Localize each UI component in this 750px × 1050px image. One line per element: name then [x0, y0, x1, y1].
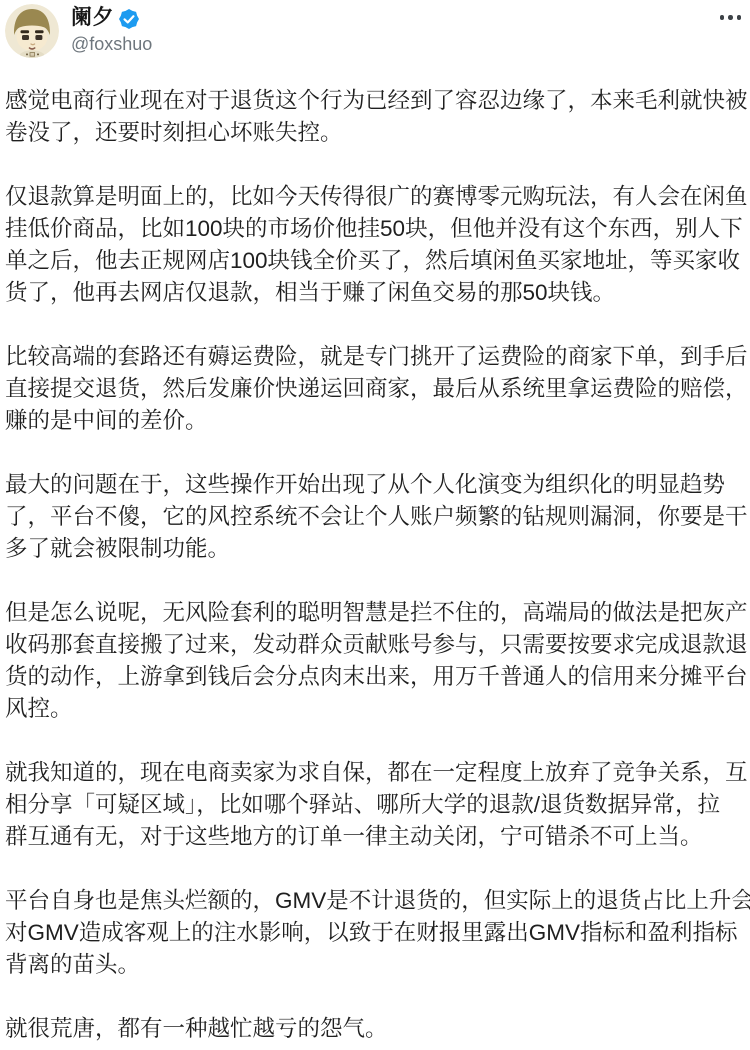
- more-options-button[interactable]: [718, 13, 744, 22]
- text-line: 卷没了，还要时刻担心坏账失控。: [5, 117, 748, 149]
- text-line: 风控。: [5, 693, 748, 725]
- text-line: 货了，他再去网店仅退款，相当于赚了闲鱼交易的那50块钱。: [5, 277, 748, 309]
- ellipsis-dot: [720, 15, 725, 20]
- verified-icon: [119, 9, 139, 29]
- text-line: 就我知道的，现在电商卖家为求自保，都在一定程度上放弃了竞争关系，互: [5, 757, 748, 789]
- paragraph: 仅退款算是明面上的，比如今天传得很广的赛博零元购玩法，有人会在闲鱼挂低价商品，比…: [5, 181, 748, 309]
- text-line: 挂低价商品，比如100块的市场价他挂50块，但他并没有这个东西，别人下: [5, 213, 748, 245]
- text-line: 对GMV造成客观上的注水影响，以致于在财报里露出GMV指标和盈利指标: [5, 917, 748, 949]
- paragraph: 比较高端的套路还有薅运费险，就是专门挑开了运费险的商家下单，到手后直接提交退货，…: [5, 341, 748, 437]
- text-line: 多了就会被限制功能。: [5, 533, 748, 565]
- text-line: 最大的问题在于，这些操作开始出现了从个人化演变为组织化的明显趋势: [5, 469, 748, 501]
- paragraph: 就很荒唐，都有一种越忙越亏的怨气。: [5, 1013, 748, 1045]
- paragraph: 最大的问题在于，这些操作开始出现了从个人化演变为组织化的明显趋势了，平台不傻，它…: [5, 469, 748, 565]
- text-line: 直接提交退货，然后发廉价快递运回商家，最后从系统里拿运费险的赔偿，: [5, 373, 748, 405]
- profile-names: 阑夕 @foxshuo: [71, 4, 152, 54]
- avatar[interactable]: [5, 4, 59, 58]
- text-line: 单之后，他去正规网店100块钱全价买了，然后填闲鱼买家地址，等买家收: [5, 245, 748, 277]
- text-line: 货的动作，上游拿到钱后会分点肉末出来，用万千普通人的信用来分摊平台: [5, 661, 748, 693]
- display-name[interactable]: 阑夕: [71, 6, 114, 30]
- text-line: 了，平台不傻，它的风控系统不会让个人账户频繁的钻规则漏洞，你要是干: [5, 501, 748, 533]
- ellipsis-dot: [737, 15, 742, 20]
- text-line: 仅退款算是明面上的，比如今天传得很广的赛博零元购玩法，有人会在闲鱼: [5, 181, 748, 213]
- ellipsis-dot: [728, 15, 733, 20]
- tweet-header: 阑夕 @foxshuo: [0, 0, 750, 58]
- text-line: 平台自身也是焦头烂额的，GMV是不计退货的，但实际上的退货占比上升会: [5, 885, 748, 917]
- text-line: 感觉电商行业现在对于退货这个行为已经到了容忍边缘了，本来毛利就快被: [5, 85, 748, 117]
- cartoon-boy-avatar-image: [5, 4, 59, 58]
- text-line: 相分享「可疑区域」，比如哪个驿站、哪所大学的退款/退货数据异常，拉: [5, 789, 748, 821]
- paragraph: 平台自身也是焦头烂额的，GMV是不计退货的，但实际上的退货占比上升会对GMV造成…: [5, 885, 748, 981]
- user-handle[interactable]: @foxshuo: [71, 34, 152, 54]
- tweet-text: 感觉电商行业现在对于退货这个行为已经到了容忍边缘了，本来毛利就快被卷没了，还要时…: [0, 85, 750, 1045]
- text-line: 收码那套直接搬了过来，发动群众贡献账号参与，只需要按要求完成退款退: [5, 629, 748, 661]
- paragraph: 就我知道的，现在电商卖家为求自保，都在一定程度上放弃了竞争关系，互相分享「可疑区…: [5, 757, 748, 853]
- paragraph: 感觉电商行业现在对于退货这个行为已经到了容忍边缘了，本来毛利就快被卷没了，还要时…: [5, 85, 748, 149]
- text-line: 但是怎么说呢，无风险套利的聪明智慧是拦不住的，高端局的做法是把灰产: [5, 597, 748, 629]
- text-line: 赚的是中间的差价。: [5, 405, 748, 437]
- text-line: 群互通有无，对于这些地方的订单一律主动关闭，宁可错杀不可上当。: [5, 821, 748, 853]
- text-line: 比较高端的套路还有薅运费险，就是专门挑开了运费险的商家下单，到手后: [5, 341, 748, 373]
- text-line: 背离的苗头。: [5, 949, 748, 981]
- paragraph: 但是怎么说呢，无风险套利的聪明智慧是拦不住的，高端局的做法是把灰产收码那套直接搬…: [5, 597, 748, 725]
- text-line: 就很荒唐，都有一种越忙越亏的怨气。: [5, 1013, 748, 1045]
